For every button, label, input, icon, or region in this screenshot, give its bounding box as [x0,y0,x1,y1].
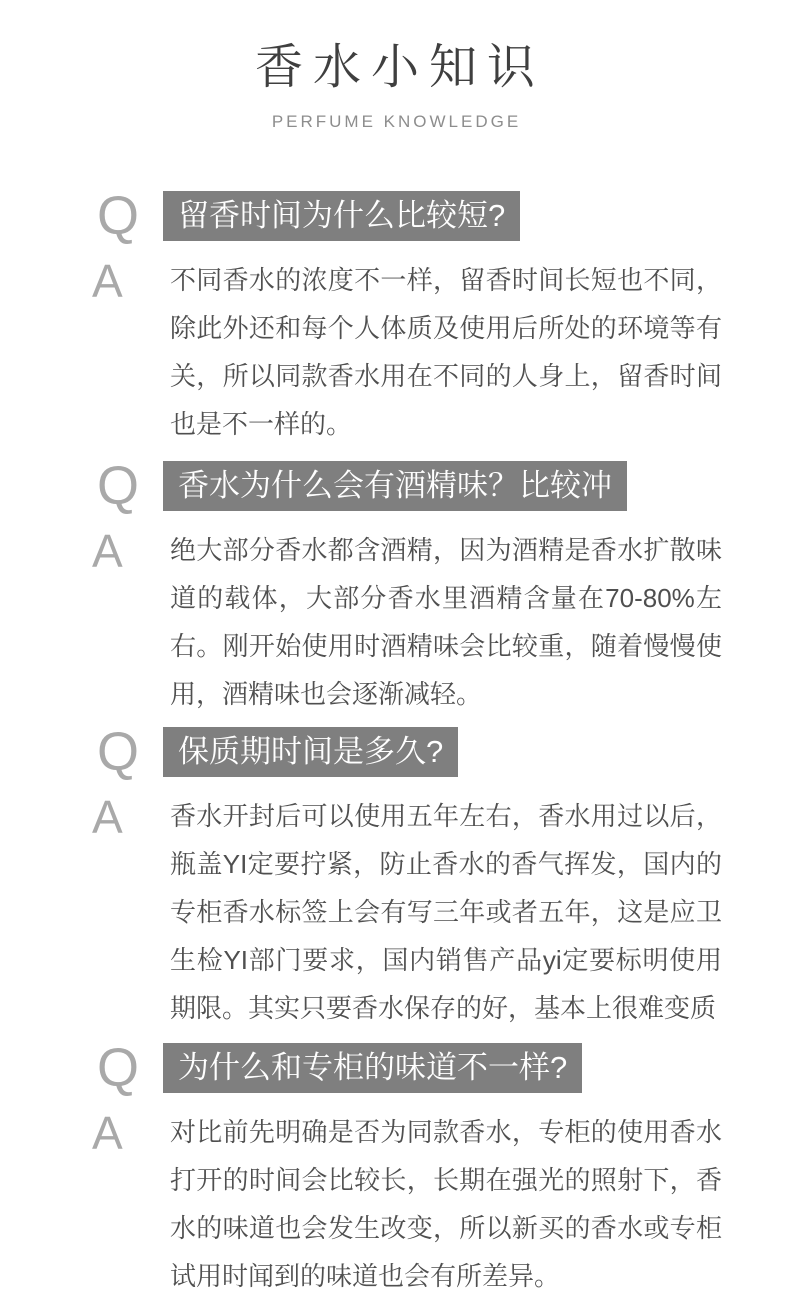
answer-mark-letter: A [92,1108,170,1158]
question-bar: 为什么和专柜的味道不一样? [163,1043,582,1093]
question-row: Q 留香时间为什么比较短? [97,188,790,244]
answer-text: 香水开封后可以使用五年左右，香水用过以后，瓶盖YI定要拧紧，防止香水的香气挥发，… [170,792,722,1032]
page-header: 香水小知识 PERFUME KNOWLEDGE [0,0,790,132]
question-bar: 保质期时间是多久? [163,727,458,777]
question-row: Q 保质期时间是多久? [97,724,790,780]
question-mark-letter: Q [97,458,145,514]
answer-mark-letter: A [92,792,170,842]
question-row: Q 香水为什么会有酒精味？比较冲 [97,458,790,514]
question-bar: 香水为什么会有酒精味？比较冲 [163,461,627,511]
qa-section-alcohol-smell: Q 香水为什么会有酒精味？比较冲 A 绝大部分香水都含酒精，因为酒精是香水扩散味… [0,458,790,718]
qa-section-counter-smell-difference: Q 为什么和专柜的味道不一样? A 对比前先明确是否为同款香水，专柜的使用香水打… [0,1040,790,1300]
qa-section-scent-duration: Q 留香时间为什么比较短? A 不同香水的浓度不一样，留香时间长短也不同，除此外… [0,188,790,448]
question-mark-letter: Q [97,188,145,244]
answer-text: 对比前先明确是否为同款香水，专柜的使用香水打开的时间会比较长，长期在强光的照射下… [170,1108,722,1300]
answer-text: 不同香水的浓度不一样，留香时间长短也不同，除此外还和每个人体质及使用后所处的环境… [170,256,722,448]
page-subtitle: PERFUME KNOWLEDGE [0,112,790,132]
perfume-knowledge-page: 香水小知识 PERFUME KNOWLEDGE Q 留香时间为什么比较短? A … [0,0,790,1315]
answer-row: A 对比前先明确是否为同款香水，专柜的使用香水打开的时间会比较长，长期在强光的照… [92,1108,790,1300]
question-mark-letter: Q [97,724,145,780]
answer-row: A 绝大部分香水都含酒精，因为酒精是香水扩散味道的载体，大部分香水里酒精含量在7… [92,526,790,718]
answer-row: A 不同香水的浓度不一样，留香时间长短也不同，除此外还和每个人体质及使用后所处的… [92,256,790,448]
page-title: 香水小知识 [0,40,790,96]
question-mark-letter: Q [97,1040,145,1096]
qa-section-shelf-life: Q 保质期时间是多久? A 香水开封后可以使用五年左右，香水用过以后，瓶盖YI定… [0,724,790,1032]
question-row: Q 为什么和专柜的味道不一样? [97,1040,790,1096]
answer-mark-letter: A [92,526,170,576]
answer-row: A 香水开封后可以使用五年左右，香水用过以后，瓶盖YI定要拧紧，防止香水的香气挥… [92,792,790,1032]
question-bar: 留香时间为什么比较短? [163,191,520,241]
answer-mark-letter: A [92,256,170,306]
answer-text: 绝大部分香水都含酒精，因为酒精是香水扩散味道的载体，大部分香水里酒精含量在70-… [170,526,722,718]
